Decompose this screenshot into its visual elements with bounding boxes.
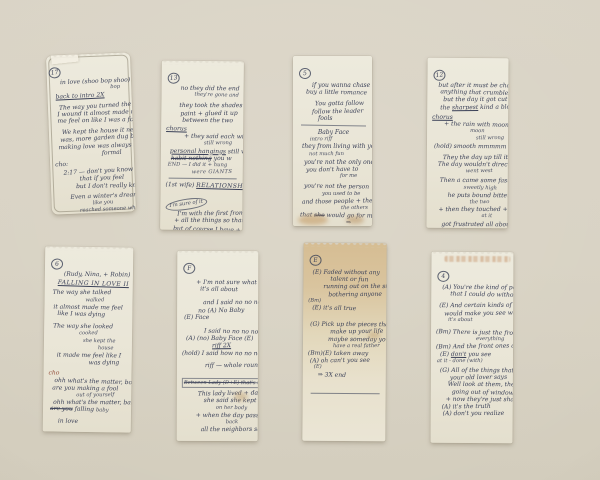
- handwritten-line: running out on the street: [323, 283, 384, 290]
- page-number-badge: 6: [51, 258, 64, 270]
- handwritten-line: (hold) I said how no no no +: [182, 350, 255, 357]
- manuscript-page-1: 17 in love (shoo bop shoo)bopback to int…: [46, 52, 136, 214]
- handwritten-line: Between Lady (D+E) that's morn: [182, 378, 258, 389]
- handwritten-line: follow the leader: [312, 107, 369, 115]
- page-number-badge: 4: [437, 270, 450, 282]
- handwritten-line: back to intro 2X: [55, 91, 129, 102]
- handwritten-line: they took the shades: [179, 102, 241, 109]
- handwritten-line: but of course I have + more: [173, 225, 239, 230]
- handwritten-line: sweetly high: [464, 184, 505, 192]
- handwritten-line: no (A) No Baby: [198, 306, 255, 314]
- handwritten-line: but the day it got cut off: [443, 96, 506, 103]
- ink-rule: [311, 393, 380, 395]
- perforated-edge: [162, 61, 244, 66]
- manuscript-page-5: 6 (Rudy, Nina, + Robin)FALLING IN LOVE I…: [43, 246, 134, 432]
- handwriting-lines: (E) Faded without anytalent or funrunnin…: [308, 269, 384, 395]
- handwritten-line: chorus: [166, 125, 240, 134]
- handwritten-line: FALLING IN LOVE II: [58, 279, 130, 288]
- handwritten-line: in love: [58, 417, 128, 425]
- photo-of-manuscripts: 17 in love (shoo bop shoo)bopback to int…: [0, 0, 600, 480]
- handwritten-line: your old lover says: [450, 374, 510, 382]
- handwritten-line: This lady lived + day: [198, 390, 255, 398]
- page-number-badge: 17: [48, 67, 61, 80]
- page-number-badge: 13: [167, 72, 180, 84]
- handwritten-line: riff — whole round: [205, 362, 256, 369]
- handwritten-line: ⇒: [346, 219, 369, 226]
- handwritten-line: between the two: [182, 117, 240, 125]
- handwriting-lines: (Rudy, Nina, + Robin)FALLING IN LOVE IIT…: [48, 270, 130, 425]
- handwritten-line: still wrong: [204, 140, 240, 148]
- manuscript-page-2: 13 no they did the endthey're gone andth…: [160, 61, 244, 231]
- handwritten-line: at it: [481, 213, 504, 221]
- handwritten-line: maybe someday you'll: [328, 336, 383, 344]
- perforated-edge: [45, 246, 133, 251]
- handwritten-line: will share who ⇒ up: [59, 213, 133, 214]
- handwritten-line: (1st wife) RELATIONSHIP: [165, 181, 239, 190]
- handwritten-line: (hold) smooth mmmmm: [434, 142, 505, 150]
- handwritten-line: (E) it's all true: [312, 304, 383, 313]
- handwritten-line: they're gone and: [194, 92, 240, 100]
- handwritten-line: me feel on like I was a fool: [57, 116, 129, 125]
- handwritten-line: it's about: [448, 317, 510, 325]
- handwritten-line: have a real father: [333, 343, 384, 350]
- page-number-badge: E: [309, 254, 322, 266]
- handwritten-line: paint + glued it up: [180, 109, 240, 117]
- handwriting-lines: if you wanna chasebuy a little romanceYo…: [298, 82, 369, 226]
- page-number-badge: 5: [298, 67, 311, 79]
- handwritten-line: fools: [318, 115, 369, 122]
- handwritten-line: (E) don't you see: [440, 350, 510, 358]
- handwritten-line: riff 2X: [212, 342, 255, 350]
- manuscript-page-6: F + I'm not sure whatit's all aboutand I…: [177, 251, 259, 441]
- handwritten-line: all the neighbors say: [201, 426, 256, 433]
- handwritten-line: they from living with you're: [302, 143, 369, 150]
- handwritten-line: for me: [340, 173, 369, 180]
- handwriting-lines: in love (shoo bop shoo)bopback to intro …: [52, 77, 133, 215]
- handwritten-line: walked: [86, 297, 130, 304]
- handwritten-line: on her body: [216, 404, 255, 412]
- handwritten-line: intro riff: [310, 136, 369, 144]
- handwritten-line: but I don't really kno: [76, 182, 132, 190]
- ink-rule: [301, 125, 366, 128]
- manuscript-page-8: 4 (A) You're the kind of personthat I co…: [431, 252, 514, 443]
- ink-bleed-through: [444, 256, 510, 262]
- perforated-edge: [177, 251, 258, 255]
- handwritten-line: she kept the: [83, 338, 129, 346]
- handwritten-line: (Rudy, Nina, + Robin): [64, 271, 130, 279]
- handwritten-line: it's all about: [200, 286, 255, 294]
- handwritten-line: still wrong: [476, 135, 505, 143]
- handwritten-line: ⇒ 3X end: [318, 371, 383, 380]
- manuscript-page-7: E (E) Faded without anytalent or funrunn…: [302, 243, 386, 442]
- handwritten-line: formal: [102, 148, 132, 157]
- manuscript-page-3: 5 if you wanna chasebuy a little romance…: [293, 56, 372, 226]
- handwritten-line: that she would go for me: [300, 212, 369, 220]
- handwritten-line: The way she talked: [53, 289, 131, 297]
- perforated-edge: [46, 52, 130, 59]
- handwritten-line: Then a came some fast: [440, 177, 505, 185]
- handwritten-line: (E) Face: [184, 314, 255, 321]
- handwritten-line: They the day up till it: [443, 154, 506, 161]
- handwritten-line: that I could do without: [450, 291, 510, 299]
- handwritten-line: got frustrated all about it: [441, 220, 504, 228]
- perforated-edge: [304, 243, 387, 248]
- handwritten-line: at it - done (with): [437, 358, 511, 365]
- handwriting-lines: + I'm not sure whatit's all aboutand I s…: [182, 279, 256, 434]
- handwritten-line: not much fun: [309, 150, 370, 158]
- handwritten-line: went west: [466, 168, 505, 176]
- handwriting-lines: but after it must be changanything that …: [431, 82, 505, 229]
- handwritten-line: (A) don't you realize: [443, 410, 511, 417]
- handwritten-line: are you falling baby: [50, 405, 128, 416]
- handwritten-line: going out of windows: [452, 388, 510, 396]
- handwritten-line: and I said no no no: [203, 299, 256, 306]
- handwritten-line: the sharpest kind a blood clot: [440, 103, 505, 111]
- handwritten-line: she said she kept: [204, 397, 255, 404]
- handwritten-line: was dying: [89, 359, 129, 366]
- handwritten-line: make up your life: [330, 328, 383, 336]
- handwritten-line: + all the things so that I: [174, 217, 240, 224]
- handwritten-line: house: [98, 345, 130, 352]
- handwritten-line: I said no no no no: [204, 328, 255, 336]
- handwritten-line: were GIANTS: [192, 169, 240, 177]
- page-number-badge: F: [183, 262, 196, 274]
- manuscript-page-4: 12 but after it must be changanything th…: [426, 58, 508, 229]
- handwritten-line: (E) And certain kinds of money: [439, 302, 511, 309]
- handwriting-lines: no they did the endthey're gone andthey …: [165, 85, 241, 231]
- handwriting-lines: (A) You're the kind of personthat I coul…: [436, 284, 511, 418]
- handwritten-line: buy a little romance: [306, 89, 369, 97]
- handwritten-line: like I was dying: [57, 310, 129, 319]
- page-number-badge: 12: [433, 69, 446, 81]
